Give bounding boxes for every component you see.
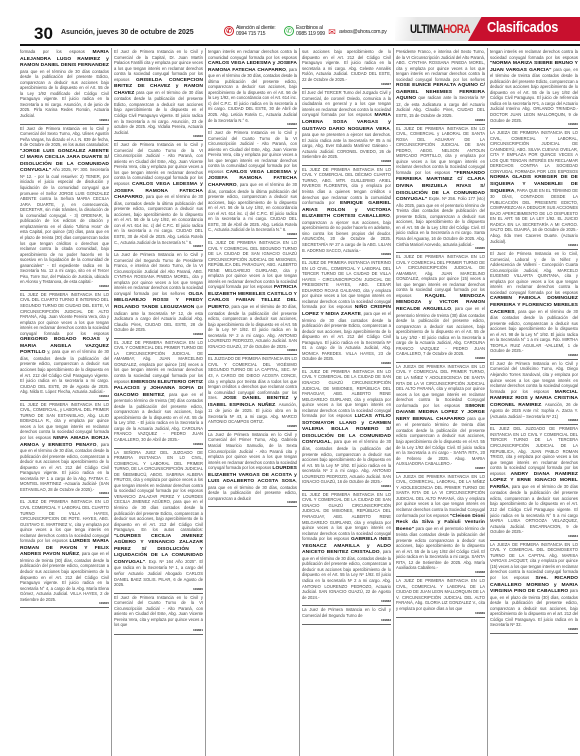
legal-notice: EL JUEZ DE PRIMERA INSTANCIA EN LO CIVIL… [302,491,391,606]
contact-value: 0994 715 715 [236,31,265,37]
notice-id-tag: 109815 [20,602,109,605]
brand-logo-hora: HORA [443,24,470,36]
contact-value: 0985 119 999 [296,31,325,37]
notice-text: EL JUEZ DE PRIMERA INSTANCIA INTERINO EN… [302,260,391,309]
header-rule [20,44,580,46]
column-4: sus acciones bajo apercibimiento de lo d… [302,48,394,756]
notice-text: tengan interés en reclamar derechos cont… [208,49,297,60]
legal-notice: EL JUEZ DE PRIMERA INSTANCIA EN LO CIVIL… [20,498,109,608]
notice-text-cont: , para que en el término de 30 días, con… [302,549,391,599]
legal-notice: LA SEÑORA JUEZ DEL JUZGADO DE PRIMERA IN… [114,449,203,594]
column-6: tengan interés en reclamar derechos cont… [490,48,580,756]
notice-text: LA SEÑORA JUEZ DEL JUZGADO DE PRIMERA IN… [114,450,203,533]
notice-id-tag: 109829 [302,253,391,256]
notice-text-cont: , para que en el término de 30 días cont… [302,311,391,361]
notice-text-cont: , para que en el perentorio término de t… [114,392,203,442]
notice-id-tag: 109812 [20,285,109,288]
legal-notice: EL JUEZ DE PRIMERA INSTANCIA INTERINO EN… [302,259,391,368]
phone-icon: ✆ [224,26,234,36]
notice-text: EL JUEZ DE PRIMERA INSTANCIA EN LO CIVIL… [114,340,203,384]
notice-id-tag: 109814 [20,492,109,495]
notice-text-cont: , para que en el término de 30 días cont… [490,309,578,354]
legal-notice: El Juez del TERCER Turno del Juzgado Civ… [302,89,391,166]
page-header: 30 Asunción, jueves 30 de octubre de 202… [0,0,580,44]
notice-id-tag: 109841 [490,244,578,247]
notice-text-cont: para que, en el término de treinta días … [490,67,578,123]
notice-text-cont: para que, en el plazo de treinta (30) dí… [490,588,578,627]
notice-text: La Juez de Primera Instancia en lo Civil… [208,432,297,470]
notice-id-tag: 109818 [114,333,203,336]
notice-text: El Juez de Primera Instancia en lo Civil… [20,126,109,148]
classifieds-columns: formada por los esposos MARIA ALEJANDRA … [20,48,580,756]
notice-text-cont: , para que en el término de 30 días, con… [20,442,109,492]
notice-text-cont: , para que en el término de 30 días, con… [208,182,297,232]
legal-notice: EL JUEZ DE PRIMERA INSTANCIA EN LO CIVIL… [302,166,391,259]
notice-text: EL JUEZ DE PRIMERA INSTANCIA EN LO CIVIL… [396,254,485,298]
whatsapp-contact[interactable]: ✆ Escribinos al0985 119 999 [284,25,325,37]
legal-notice: tengan interés en reclamar derechos cont… [208,48,297,129]
legal-notice: EL JUEZ DE PRIMERA INSTANCIA EN LO CIVIL… [396,125,485,253]
legal-notice: LA JUEZ DE PRIMERA INSTANCIA EN LO CIVIL… [396,577,485,618]
legal-notice: EL JUEZ DE PRIMERA INSTANCIA EN LO CIVIL… [20,401,109,499]
email-contact[interactable]: ✉ avisos@uhora.com.py [327,27,387,37]
notice-id-tag: 109824 [208,349,297,352]
mail-icon: ✉ [327,27,337,37]
column-3: tengan interés en reclamar derechos cont… [208,48,300,756]
legal-notice: La Juez de Primera Instancia en lo Civil… [302,606,391,625]
contact-value: avisos@uhora.com.py [339,29,387,35]
notice-text: EL JUEZ DE PRIMERA INSTANCIA EN LO CIVIL… [302,369,391,418]
notice-id-tag: 109811 [20,119,109,122]
notice-id-tag: 109833 [302,619,391,622]
notice-id-tag: 109816 [114,135,203,138]
notice-text-cont: , para que en el término de 30 días, con… [114,194,203,244]
legal-notice: EL JUEZ DE PRIMERA INSTANCIA EN LO CIVIL… [302,368,391,491]
notice-text-cont: , para que en el término de 30 días, con… [208,67,297,123]
legal-notice: LA JUEZA DE PRIMERA INSTANCIA EN LO CIVI… [396,363,485,473]
notice-text: EL JUEZ DE PRIMERA INSTANCIA EN LO CIVIL… [302,167,391,205]
notice-text: EL JUEZ DE PRIMERA INSTANCIA EN LO CIVIL… [20,402,109,440]
legal-notice: El Juez de Primera Instancia en lo Civil… [490,250,578,360]
notice-id-tag: 109831 [302,485,391,488]
dateline: Asunción, jueves 30 de octubre de 2025 [61,29,194,36]
notice-parties: CARLOS VEGA LEDESMA y JOSEFA RAMONA FATE… [208,61,297,73]
notice-text: El Juez de Primera Instancia en lo Civil… [208,130,297,174]
notice-text: El Juez de Primera Instancia en lo Civil… [114,142,203,186]
customer-service-contact[interactable]: ✆ Atención al cliente:0994 715 715 [224,25,276,37]
column-1: formada por los esposos MARIA ALEJANDRA … [20,48,112,756]
notice-text-cont: para que en el término de 30 días contad… [20,69,109,118]
legal-notice: EL JUZGADO DE PRIMERA INSTANCIA EN LO CI… [208,355,297,431]
notice-text-cont: para que en el perentorio término de tre… [396,526,485,571]
notice-text: LA JUEZA DE PRIMERA INSTANCIA EN LO CIVI… [396,474,485,518]
notice-text: EL JUEZ DEL JUZGADO DE PRIMERA INSTANCIA… [490,426,578,475]
legal-notice: LA JUEZA DE PRIMERA INSTANCIA EN LO CIVI… [490,541,578,634]
notice-id-tag: 109838 [396,571,485,574]
notice-id-tag: 109832 [302,600,391,603]
column-2: El Juez de Primera Instancia en lo Civil… [114,48,206,756]
notice-id-tag: 109835 [396,247,485,250]
notice-id-tag: 109842 [490,354,578,357]
notice-id-tag: 109845 [490,628,578,631]
brand-logo: ULTIMAHORA [410,24,470,36]
notice-text: La Juez de Primera Instancia en lo Civil… [114,252,203,296]
legal-notice: LA JUEZA DE PRIMERA INSTANCIA EN LO CIVI… [490,129,578,250]
notice-id-tag: 109820 [114,588,203,591]
notice-text-cont: Año 2025, Nº: 300. Secretaría Nº 12. - p… [20,167,109,284]
section-title: Clasificados [487,20,558,36]
notice-text: LA JUEZA DE PRIMERA INSTANCIA EN LO CIVI… [490,542,578,580]
notice-id-tag: 109819 [114,443,203,446]
legal-notice: EL JUEZ DE PRIMERA INSTANCIA EN LO CIVIL… [114,339,203,449]
legal-notice: Presidente Franco, e interina del Sexto … [396,48,485,125]
notice-text-cont: y, para que en el término de 30 días, co… [20,349,109,394]
legal-notice: sus acciones bajo apercibimiento de lo d… [302,48,391,89]
legal-notice: formada por los esposos MARIA ALEJANDRA … [20,48,109,125]
notice-text: LA JUEZA DE PRIMERA INSTANCIA EN LO CIVI… [490,130,578,174]
legal-notice: El Juez de Primera Instancia en lo Civil… [114,141,203,251]
brand-logo-ultima: ULTIMA [410,24,443,36]
notice-text: EL JUEZ DE PRIMERA INSTANCIA EN LO CIVIL… [208,240,297,289]
legal-notice: EL JUEZ DE PRIMERA INSTANCIA EN LO CIVIL… [396,253,485,363]
legal-notice: El Juez de Primera Instancia en lo Civil… [20,125,109,291]
notice-text-cont: , PARA QUE EN EL TÉRMINO DE 30 DÍAS, CON… [490,188,578,244]
notice-id-tag: 109830 [302,362,391,365]
notice-text-cont: para que en el perentorio término de tre… [396,416,485,466]
notice-id-tag: 109837 [396,467,485,470]
notice-id-tag: 109826 [208,501,297,504]
whatsapp-icon: ✆ [284,26,294,36]
notice-id-tag: 109840 [490,123,578,126]
legal-notice: LA JUEZA DE PRIMERA INSTANCIA EN LO CIVI… [396,473,485,577]
notice-text: tengan interés en reclamar derechos cont… [490,49,578,60]
notice-id-tag: 109822 [208,123,297,126]
notice-id-tag: 109813 [20,395,109,398]
notice-id-tag: 109844 [490,535,578,538]
notice-text: La Juez de Primera Instancia en lo Civil… [302,607,391,618]
legal-notice: El Juez de Primera Instancia en lo Civil… [114,594,203,635]
legal-notice: tengan interés en reclamar derechos cont… [490,48,578,129]
notice-id-tag: 109839 [396,612,485,615]
notice-text-cont: , para que en el término de 30 días, con… [208,304,297,349]
notice-text: EL JUZGADO DE PRIMERA INSTANCIA EN LO CI… [208,356,297,400]
notice-text: LA JUEZA DE PRIMERA INSTANCIA EN LO CIVI… [396,364,485,408]
notice-text-cont: , para que en el término de treinta (30)… [20,551,109,601]
page-number: 30 [34,24,53,44]
notice-text: El Juez de Primera Instancia en lo Civil… [114,595,203,628]
notice-text: EL JUEZ DE PRIMERA INSTANCIA EN LO CIVIL… [302,492,391,541]
legal-notice: La Juez de Primera Instancia en lo Civil… [208,431,297,508]
notice-text: formada por los esposos [20,49,92,54]
column-5: Presidente Franco, e interina del Sexto … [396,48,488,756]
notice-text: EL JUEZ DE PRIMERA INSTANCIA EN LO CIVIL… [20,499,109,543]
legal-notice: La Juez de Primera Instancia en lo Civil… [114,251,203,339]
notice-id-tag: 109843 [490,419,578,422]
notice-id-tag: 109828 [302,160,391,163]
notice-text: sus acciones bajo apercibimiento de lo d… [302,49,391,82]
notice-id-tag: 109836 [396,357,485,360]
legal-notice: EL JUEZ DEL JUZGADO DE PRIMERA INSTANCIA… [490,425,578,540]
legal-notice: El Juez de Primera Instancia en lo Civil… [490,360,578,425]
notice-id-tag: 109823 [208,233,297,236]
notice-text: EL JUEZ DE PRIMERA INSTANCIA EN LO CIVIL… [396,126,485,175]
notice-text: LA JUEZ DE PRIMERA INSTANCIA EN LO CIVIL… [396,578,485,611]
notice-id-tag: 109825 [208,425,297,428]
notice-text-cont: para que en el término de 30 días contad… [114,90,203,135]
notice-text: El Juez de Primera Instancia en lo Civil… [490,251,578,295]
notice-id-tag: 109817 [114,245,203,248]
notice-text-cont: , comparezcan a ejercer sus acciones, ba… [302,213,391,252]
notice-id-tag: 109827 [302,83,391,86]
notice-id-tag: 109821 [114,629,203,632]
notice-text-cont: , para que en el término de 30 días cont… [490,484,578,534]
legal-notice: El Juez de Primera Instancia en lo Civil… [208,129,297,239]
legal-notice: EL JUEZ DE PRIMERA INSTANCIA EN LO CIVIL… [20,291,109,401]
legal-notice: EL JUEZ DE PRIMERA INSTANCIA EN LO CIVIL… [208,239,297,355]
notice-text: EL JUEZ DE PRIMERA INSTANCIA EN LO CIVIL… [20,292,109,336]
notice-text-cont: Expte. Nº 256. Folio 177 (vto) Año 2025,… [396,196,485,246]
legal-notice: El Juez de Primera Instancia en lo Civil… [114,48,203,141]
notice-id-tag: 109834 [396,119,485,122]
notice-text: Presidente Franco, e interina del Sexto … [396,49,485,82]
notice-text-cont: , para que en el perentorio término de t… [396,306,485,356]
notice-text-cont: , para que en el término de 30 días, con… [302,439,391,484]
